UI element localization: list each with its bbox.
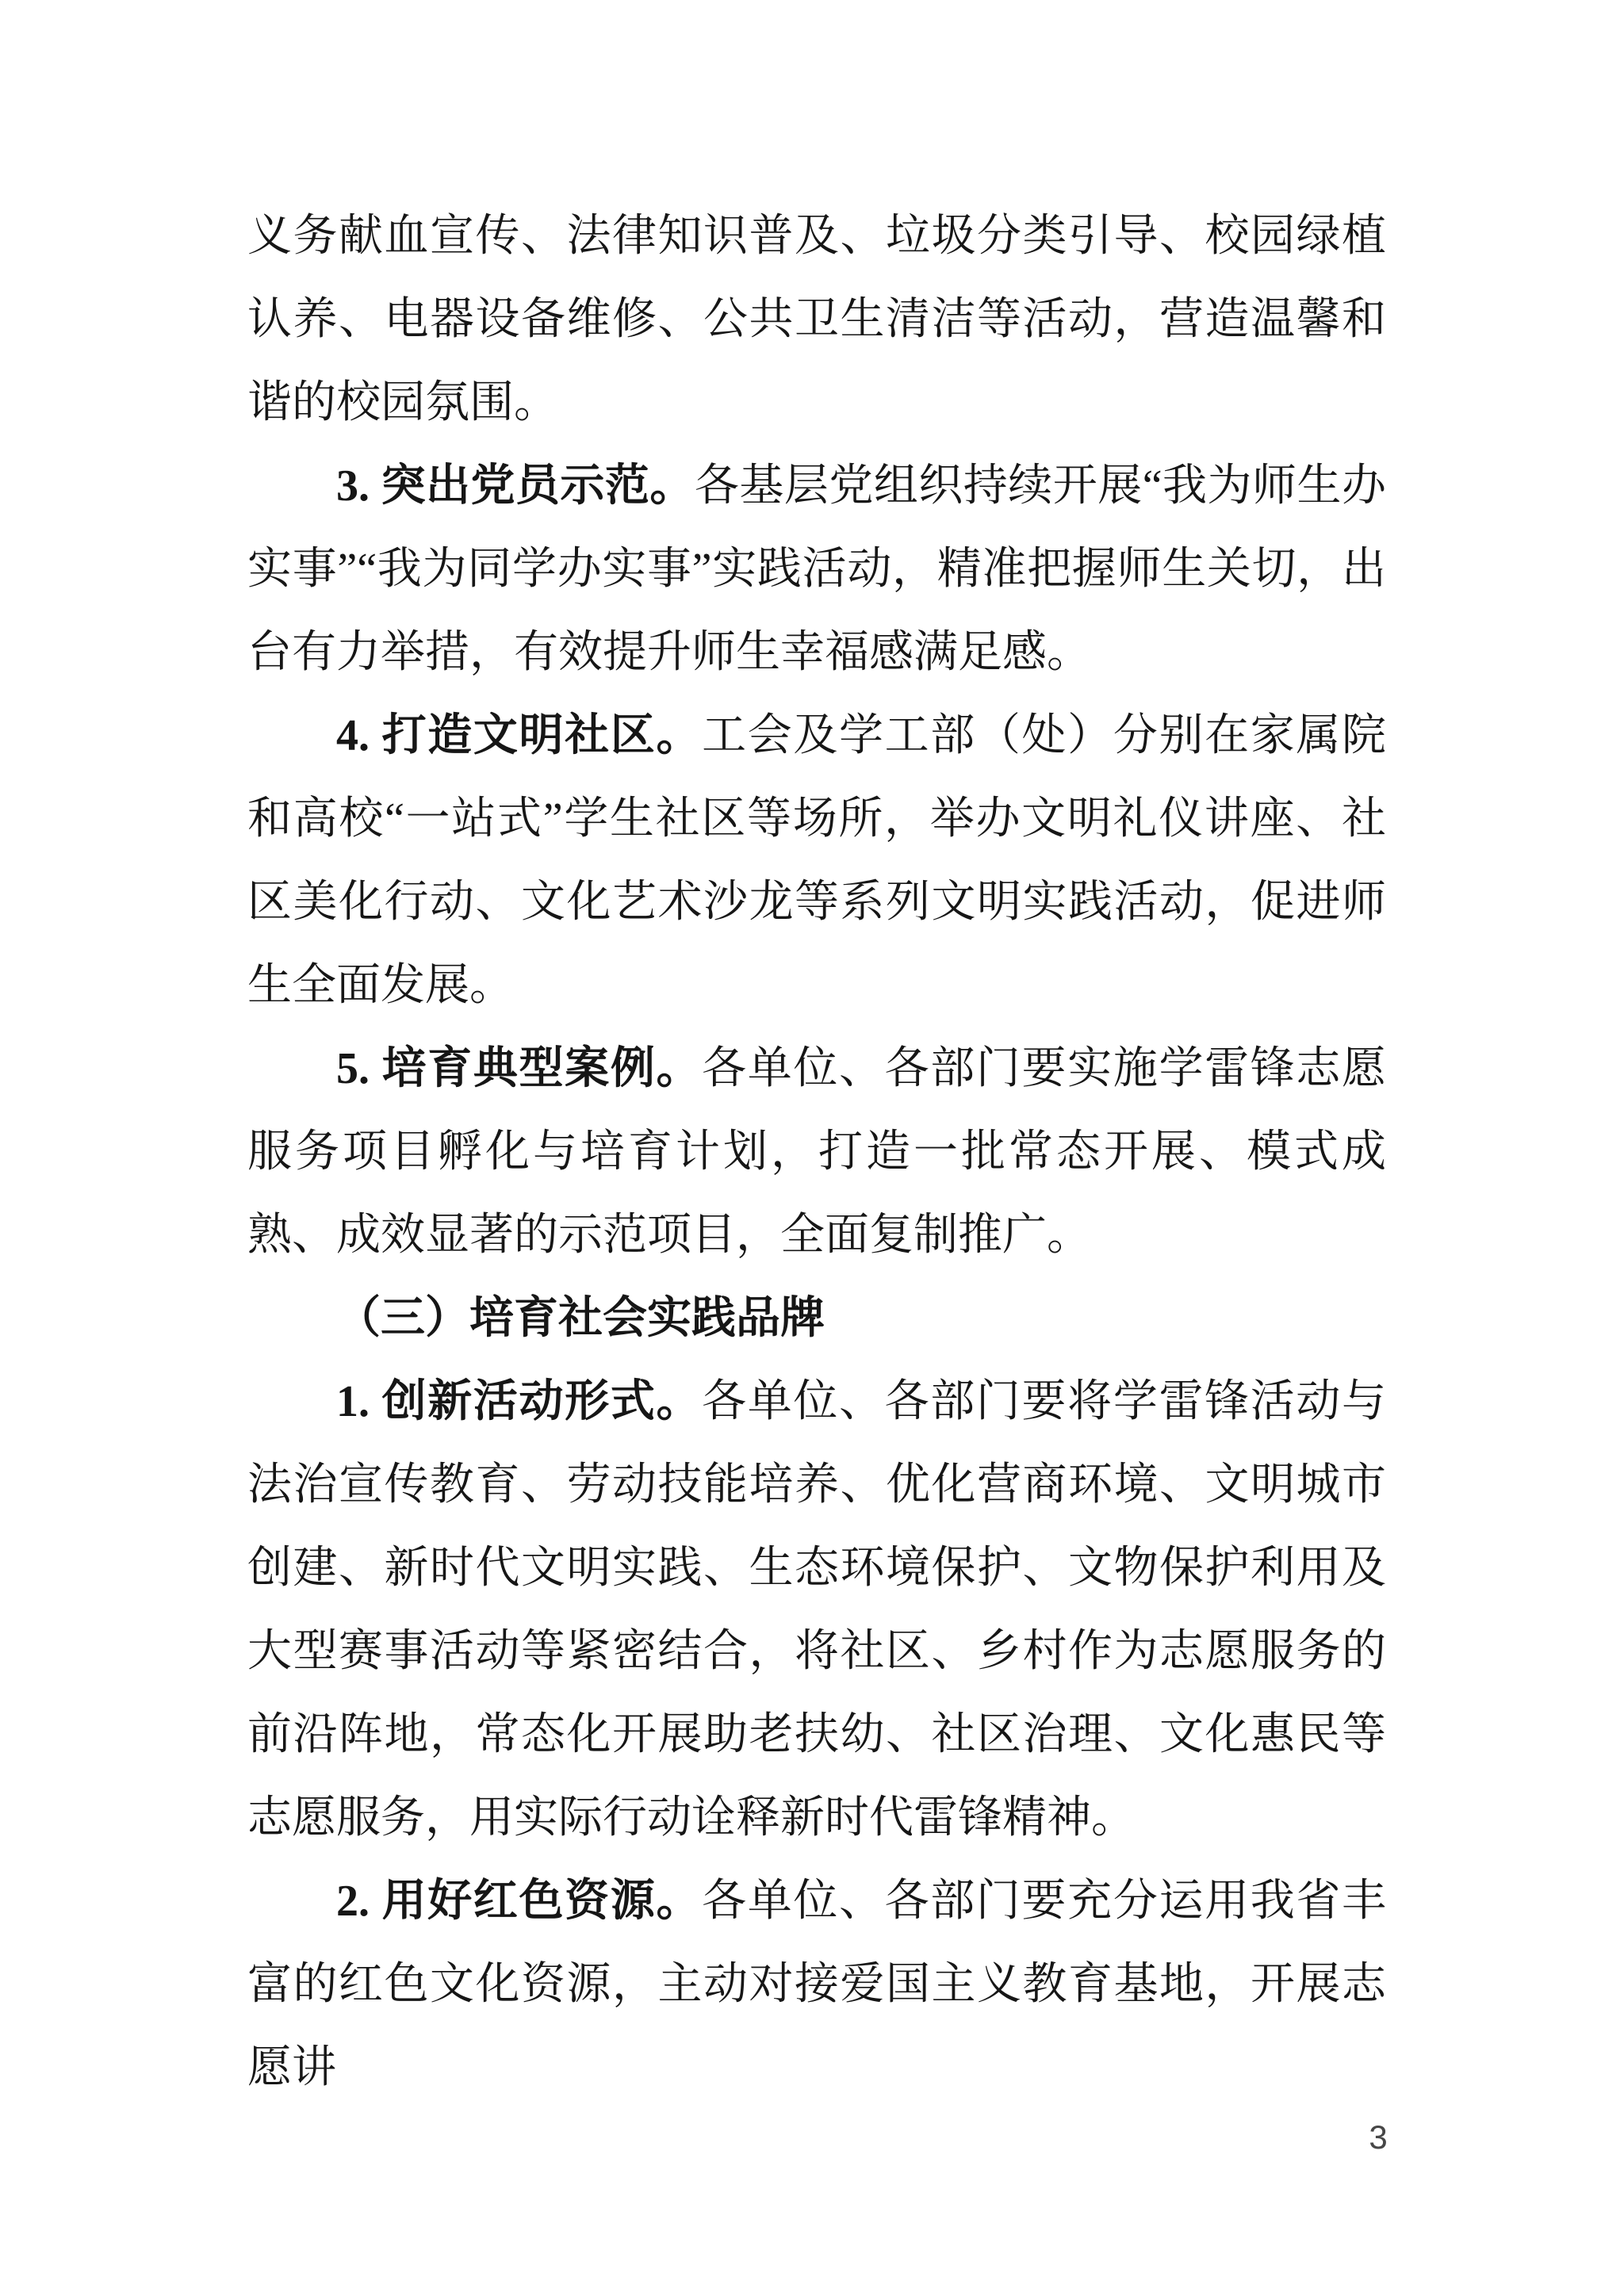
paragraph-item-5: 5. 培育典型案例。各单位、各部门要实施学雷锋志愿服务项目孵化与培育计划，打造一…	[247, 1027, 1386, 1277]
paragraph-item-2: 2. 用好红色资源。各单位、各部门要充分运用我省丰富的红色文化资源，主动对接爱国…	[247, 1860, 1386, 2110]
paragraph-lead: 1. 创新活动形式。	[336, 1377, 702, 1426]
paragraph-text: 义务献血宣传、法律知识普及、垃圾分类引导、校园绿植认养、电器设备维修、公共卫生清…	[247, 212, 1386, 427]
document-canvas: { "document": { "paragraphs": [ { "style…	[0, 0, 1624, 2296]
paragraph-item-3: 3. 突出党员示范。各基层党组织持续开展“我为师生办实事”“我为同学办实事”实践…	[247, 445, 1386, 695]
section-heading-text: （三）培育社会实践品牌	[336, 1294, 825, 1343]
paragraph-lead: 3. 突出党员示范。	[336, 461, 695, 511]
page: 义务献血宣传、法律知识普及、垃圾分类引导、校园绿植认养、电器设备维修、公共卫生清…	[0, 0, 1624, 2296]
paragraph-text: 各单位、各部门要将学雷锋活动与法治宣传教育、劳动技能培养、优化营商环境、文明城市…	[247, 1377, 1386, 1843]
paragraph-lead: 2. 用好红色资源。	[336, 1877, 702, 1926]
document-body: 义务献血宣传、法律知识普及、垃圾分类引导、校园绿植认养、电器设备维修、公共卫生清…	[247, 195, 1386, 2110]
page-number: 3	[1354, 2118, 1402, 2156]
paragraph-item-1: 1. 创新活动形式。各单位、各部门要将学雷锋活动与法治宣传教育、劳动技能培养、优…	[247, 1360, 1386, 1860]
section-heading: （三）培育社会实践品牌	[247, 1277, 1386, 1360]
paragraph-item-4: 4. 打造文明社区。工会及学工部（处）分别在家属院和高校“一站式”学生社区等场所…	[247, 695, 1386, 1027]
paragraph-continuation: 义务献血宣传、法律知识普及、垃圾分类引导、校园绿植认养、电器设备维修、公共卫生清…	[247, 195, 1386, 445]
paragraph-lead: 5. 培育典型案例。	[336, 1044, 702, 1093]
paragraph-lead: 4. 打造文明社区。	[336, 711, 702, 760]
